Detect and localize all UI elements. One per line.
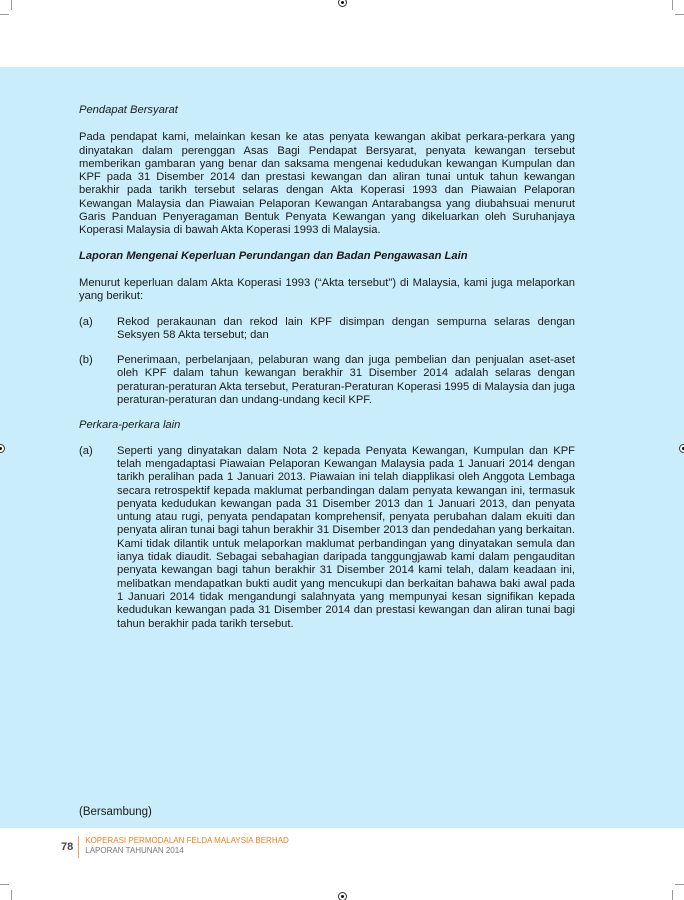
list-item: (a) Seperti yang dinyatakan dalam Nota 2… (79, 445, 575, 631)
registration-mark-icon (679, 444, 684, 453)
list-item-text: Penerimaan, perbelanjaan, pelaburan wang… (117, 354, 575, 407)
section-heading-legal-requirements: Laporan Mengenai Keperluan Perundangan d… (79, 250, 575, 263)
registration-mark-icon (338, 0, 347, 7)
crop-mark (672, 890, 673, 900)
footer-divider (78, 836, 79, 858)
list-item: (b) Penerimaan, perbelanjaan, pelaburan … (79, 354, 575, 407)
crop-mark (0, 884, 9, 885)
registration-mark-icon (338, 892, 347, 900)
continued-label: (Bersambung) (79, 806, 152, 818)
page-number: 78 (61, 841, 73, 853)
footer-report-title: LAPORAN TAHUNAN 2014 (85, 846, 288, 856)
qualified-opinion-paragraph: Pada pendapat kami, melainkan kesan ke a… (79, 131, 575, 237)
section-heading-other-matters: Perkara-perkara lain (79, 419, 575, 432)
list-item-label: (a) (79, 316, 117, 343)
crop-mark (0, 14, 9, 15)
crop-mark (675, 884, 684, 885)
page-footer: 78 KOPERASI PERMODALAN FELDA MALAYSIA BE… (61, 836, 289, 858)
crop-mark (675, 14, 684, 15)
list-item-label: (b) (79, 354, 117, 407)
section-heading-qualified-opinion: Pendapat Bersyarat (79, 104, 575, 117)
document-body: Pendapat Bersyarat Pada pendapat kami, m… (79, 104, 575, 631)
legal-requirements-intro: Menurut keperluan dalam Akta Koperasi 19… (79, 277, 575, 304)
crop-mark (11, 890, 12, 900)
list-item-text: Rekod perakaunan dan rekod lain KPF disi… (117, 316, 575, 343)
list-item-label: (a) (79, 445, 117, 631)
list-item-text: Seperti yang dinyatakan dalam Nota 2 kep… (117, 445, 575, 631)
footer-organization: KOPERASI PERMODALAN FELDA MALAYSIA BERHA… (85, 836, 288, 846)
crop-mark (672, 0, 673, 10)
list-item: (a) Rekod perakaunan dan rekod lain KPF … (79, 316, 575, 343)
crop-mark (11, 0, 12, 10)
